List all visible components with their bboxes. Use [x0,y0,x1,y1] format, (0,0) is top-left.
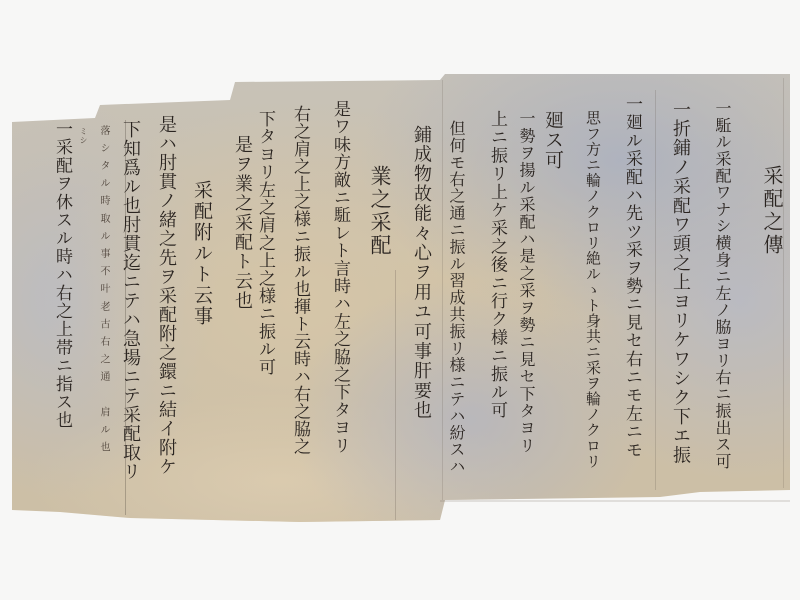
text-column: 下知爲ル也肘貫迄ニテハ急場ニテ采配取リ [121,120,139,481]
text-column: 廻ス可 [543,110,562,170]
text-column: 下タヨリ左之肩之上之様ニ振ル可 [256,110,273,376]
fold-line [442,80,443,500]
text-column: 一采配ヲ休スル時ハ右之上帯ニ指ス也 [53,120,70,429]
text-column: 上ニ振リ上ケ采之後ニ行ク様ニ振ル可 [488,110,505,419]
text-column: 一折鋪ノ采配ワ頭之上ヨリケワシク下エ振 [671,100,689,465]
section-heading: 采配附ルト云事 [192,180,211,327]
text-column: 是ヲ業之采配ト云也 [233,135,251,311]
text-column: 右之肩之上之様ニ振ル也揮ト云時ハ右之脇之 [291,105,308,455]
text-column: 是ハ肘貫ノ緒之先ヲ采配附之鐶ニ結イ附ケ [157,115,175,476]
text-column: 一駈ル采配ワナシ横身ニ左ノ脇ヨリ右ニ振出ス可 [714,100,730,470]
marginal-note: ミシ [79,127,87,145]
document-title: 采配之傳 [762,165,782,257]
text-column: 但何モ右之通ニ振ル習成共振リ様ニテハ紛スハ [448,120,464,475]
text-column: 是ワ味方敵ニ駈レト言時ハ左之脇之下タヨリ [331,100,348,454]
text-column: 一廻ル采配ハ先ツ采ヲ勢ニ見セ右ニモ左ニモ [623,95,640,459]
text-column: 思フ方ニ輪ノクロリ絶ルゝト身共ニ采ヲ輪ノクロリ [585,110,600,469]
text-column: 一勢ヲ揚ル采配ハ是之采ヲ勢ニ見セ下タヨリ [518,110,534,454]
manuscript-photo: 采配之傳 一駈ル采配ワナシ横身ニ左ノ脇ヨリ右ニ振出ス可 一折鋪ノ采配ワ頭之上ヨリ… [0,0,800,600]
fold-line [783,78,784,488]
section-heading: 業之采配 [369,165,390,257]
fold-line [655,90,656,490]
marginal-note: 落シタル時取ル事不叶老古右之通 肩ル也 [98,125,108,459]
fold-line [395,270,396,520]
paper-edge-shadow [440,500,790,502]
text-column: 鋪成物故能々心ヲ用ユ可事肝要也 [412,125,430,421]
